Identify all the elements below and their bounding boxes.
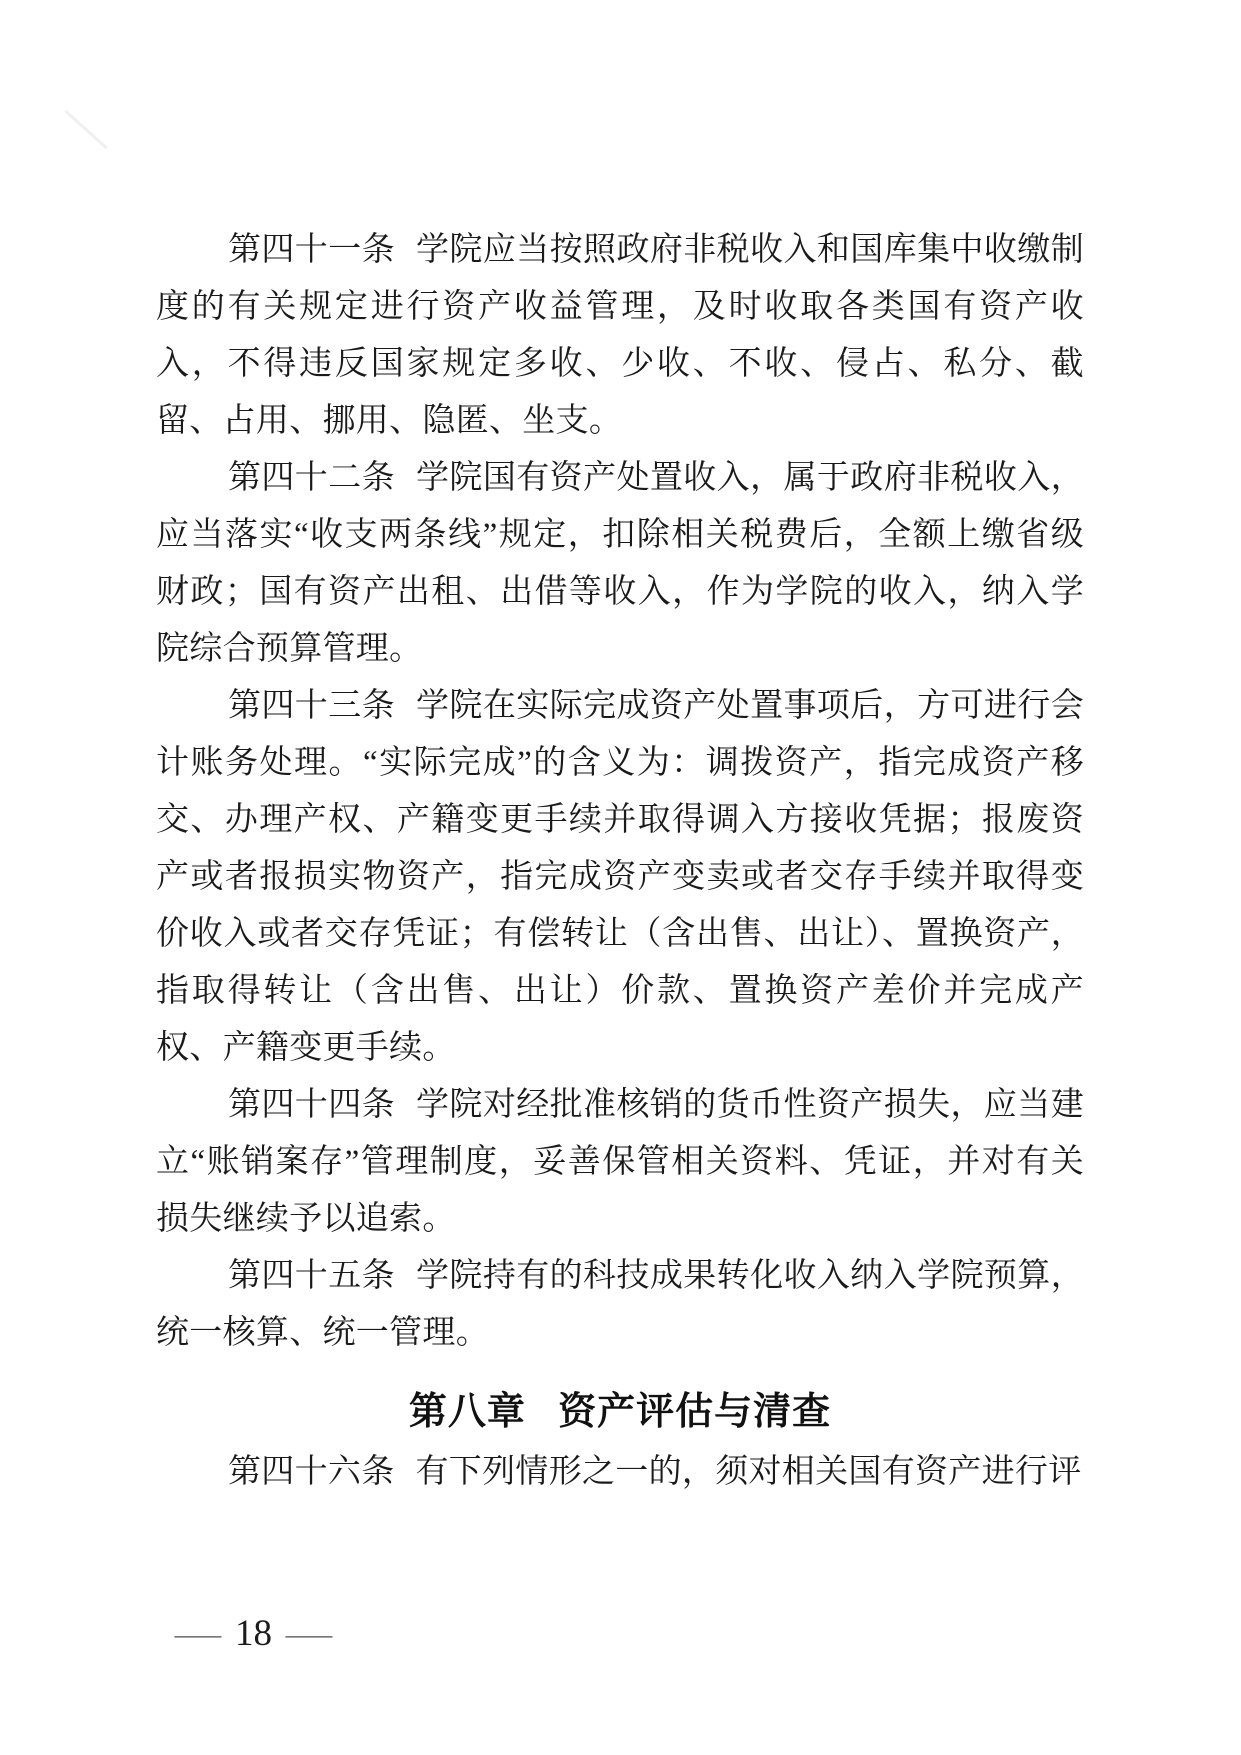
article-43-paragraph: 第四十三条学院在实际完成资产处置事项后，方可进行会计账务处理。“实际完成”的含义… xyxy=(156,678,1084,1077)
footer-right-dash: — xyxy=(286,1616,332,1651)
article-41-label: 第四十一条 xyxy=(228,232,395,268)
chapter-8-number: 第八章 xyxy=(409,1391,526,1433)
article-44-paragraph: 第四十四条学院对经批准核销的货币性资产损失，应当建立“账销案存”管理制度，妥善保… xyxy=(156,1077,1084,1248)
scan-artifact xyxy=(64,110,108,150)
footer-left-dash: — xyxy=(175,1616,221,1651)
article-43-text: 学院在实际完成资产处置事项后，方可进行会计账务处理。“实际完成”的含义为：调拨资… xyxy=(156,688,1084,1066)
article-44-label: 第四十四条 xyxy=(228,1087,395,1123)
article-46-text: 有下列情形之一的，须对相关国有资产进行评 xyxy=(416,1454,1082,1490)
document-content: 第四十一条学院应当按照政府非税收入和国库集中收缴制度的有关规定进行资产收益管理，… xyxy=(156,222,1084,1501)
chapter-8-heading: 第八章资产评估与清查 xyxy=(156,1384,1084,1441)
article-42-label: 第四十二条 xyxy=(228,460,395,496)
article-46-paragraph: 第四十六条有下列情形之一的，须对相关国有资产进行评 xyxy=(156,1444,1084,1501)
article-45-label: 第四十五条 xyxy=(228,1258,395,1294)
page-footer: — 18 — xyxy=(182,1612,325,1656)
article-42-paragraph: 第四十二条学院国有资产处置收入，属于政府非税收入，应当落实“收支两条线”规定，扣… xyxy=(156,450,1084,678)
article-45-paragraph: 第四十五条学院持有的科技成果转化收入纳入学院预算，统一核算、统一管理。 xyxy=(156,1248,1084,1362)
document-page: 第四十一条学院应当按照政府非税收入和国库集中收缴制度的有关规定进行资产收益管理，… xyxy=(0,0,1241,1755)
article-41-paragraph: 第四十一条学院应当按照政府非税收入和国库集中收缴制度的有关规定进行资产收益管理，… xyxy=(156,222,1084,450)
page-number: 18 xyxy=(235,1612,272,1656)
article-46-label: 第四十六条 xyxy=(228,1454,395,1490)
chapter-8-title: 资产评估与清查 xyxy=(558,1391,831,1433)
article-43-label: 第四十三条 xyxy=(228,688,395,724)
